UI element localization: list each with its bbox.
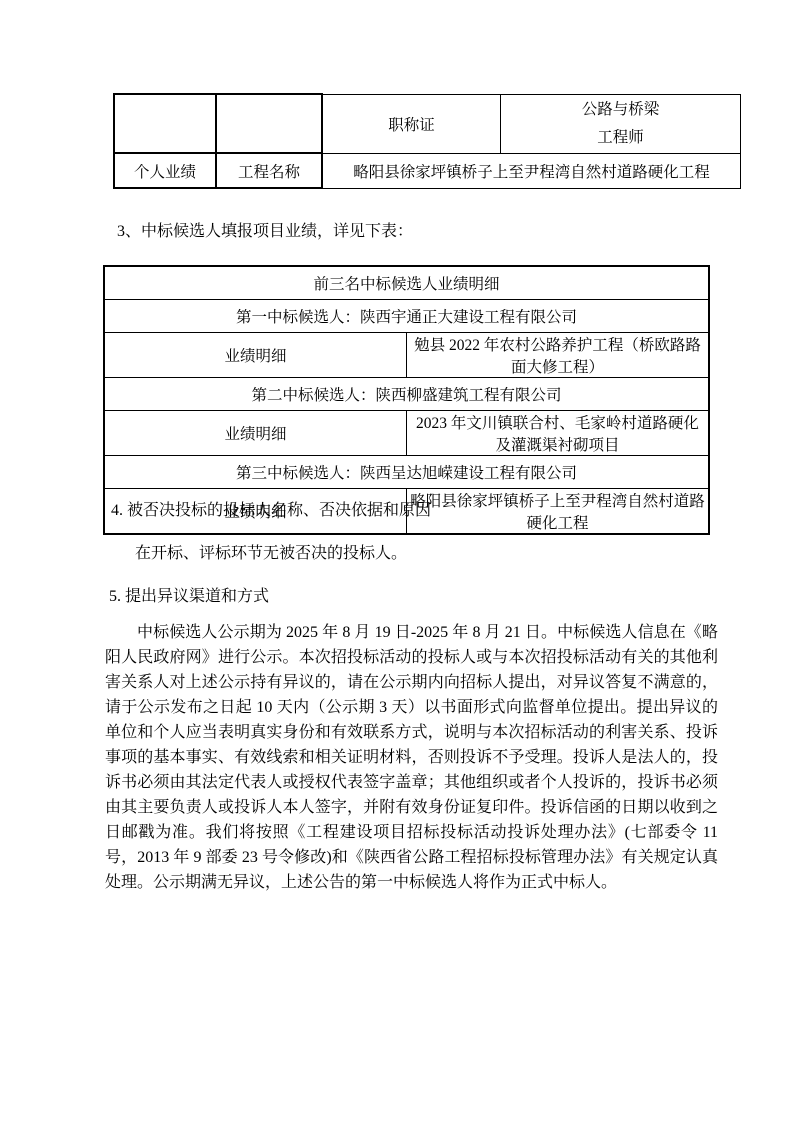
candidate-1-detail-cell: 勉县 2022 年农村公路养护工程（桥欧路路面大修工程） (407, 333, 710, 378)
table-row: 业绩明细 勉县 2022 年农村公路养护工程（桥欧路路面大修工程） (104, 333, 709, 378)
detail-label-cell: 业绩明细 (104, 411, 407, 456)
candidates-performance-table: 前三名中标候选人业绩明细 第一中标候选人：陕西宇通正大建设工程有限公司 业绩明细… (103, 265, 710, 535)
empty-cell (114, 94, 216, 153)
table-row: 职称证 公路与桥梁 工程师 (114, 94, 741, 153)
table-row: 第一中标候选人：陕西宇通正大建设工程有限公司 (104, 300, 709, 333)
field-label-cell: 工程名称 (216, 153, 322, 188)
table-title-cell: 前三名中标候选人业绩明细 (104, 266, 709, 300)
section4-body: 在开标、评标环节无被否决的投标人。 (135, 543, 407, 565)
cert-label-cell: 职称证 (322, 94, 501, 153)
table-row: 第二中标候选人：陕西柳盛建筑工程有限公司 (104, 378, 709, 411)
table-row: 业绩明细 2023 年文川镇联合村、毛家岭村道路硬化及灌溉渠衬砌项目 (104, 411, 709, 456)
section4-heading: 4. 被否决投标的投标人名称、否决依据和原因 (111, 500, 431, 522)
candidate-3-detail-cell: 略阳县徐家坪镇桥子上至尹程湾自然村道路硬化工程 (407, 489, 710, 535)
section5-heading: 5. 提出异议渠道和方式 (109, 586, 269, 608)
table-row: 个人业绩 工程名称 略阳县徐家坪镇桥子上至尹程湾自然村道路硬化工程 (114, 153, 741, 188)
candidate-3-cell: 第三中标候选人：陕西呈达旭嵘建设工程有限公司 (104, 456, 709, 489)
table-row: 前三名中标候选人业绩明细 (104, 266, 709, 300)
cert-value-cell: 公路与桥梁 工程师 (501, 94, 741, 153)
section3-heading: 3、中标候选人填报项目业绩，详见下表： (117, 221, 413, 243)
candidate-2-cell: 第二中标候选人：陕西柳盛建筑工程有限公司 (104, 378, 709, 411)
document-page: 职称证 公路与桥梁 工程师 个人业绩 工程名称 略阳县徐家坪镇桥子上至尹程湾自然… (0, 0, 793, 1122)
group-label-cell: 个人业绩 (114, 153, 216, 188)
candidate-1-cell: 第一中标候选人：陕西宇通正大建设工程有限公司 (104, 300, 709, 333)
empty-cell (216, 94, 322, 153)
detail-label-cell: 业绩明细 (104, 333, 407, 378)
section5-paragraph: 中标候选人公示期为 2025 年 8 月 19 日-2025 年 8 月 21 … (105, 620, 718, 895)
table-row: 第三中标候选人：陕西呈达旭嵘建设工程有限公司 (104, 456, 709, 489)
project-name-cell: 略阳县徐家坪镇桥子上至尹程湾自然村道路硬化工程 (322, 153, 741, 188)
personal-performance-table: 职称证 公路与桥梁 工程师 个人业绩 工程名称 略阳县徐家坪镇桥子上至尹程湾自然… (113, 93, 741, 189)
candidate-2-detail-cell: 2023 年文川镇联合村、毛家岭村道路硬化及灌溉渠衬砌项目 (407, 411, 710, 456)
